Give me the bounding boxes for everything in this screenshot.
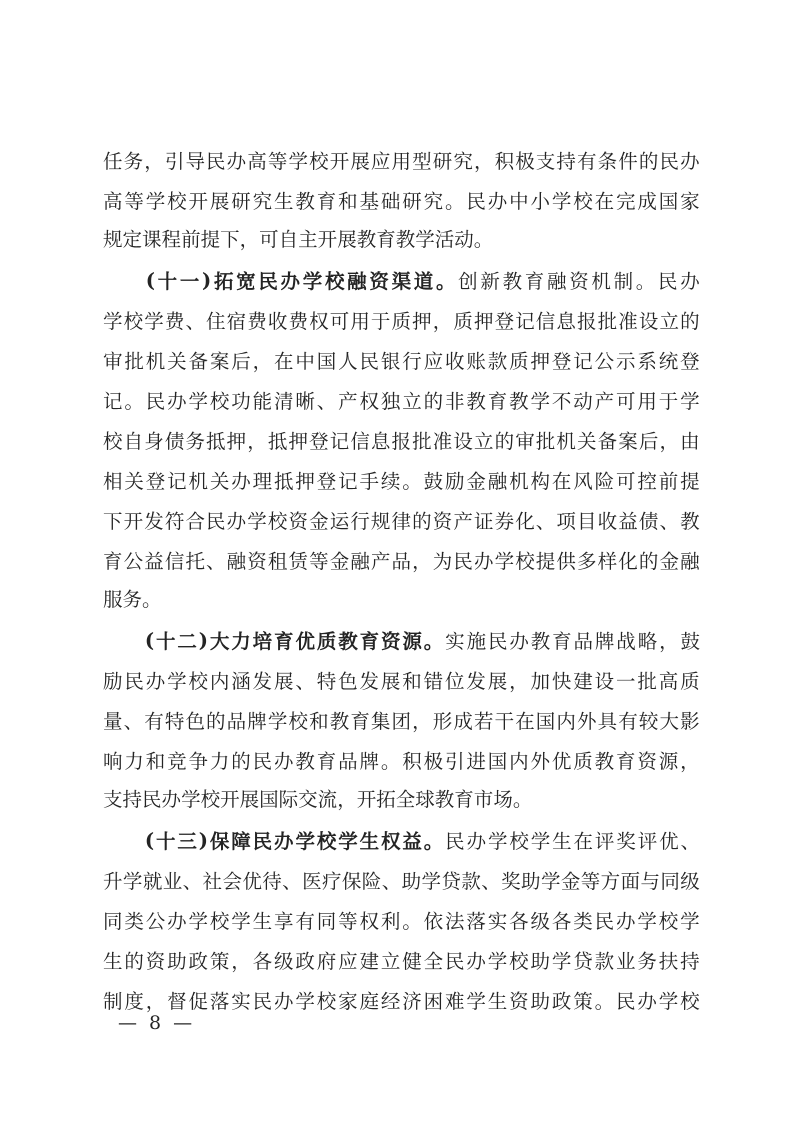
- body-char: 济: [402, 986, 422, 1014]
- body-char: 励: [103, 666, 123, 694]
- body-char: 一: [616, 666, 636, 694]
- body-char: 育: [317, 746, 337, 774]
- body-char: 办: [466, 946, 486, 974]
- body-char: 融: [227, 546, 247, 574]
- body-char: 融: [547, 266, 567, 294]
- body-char: 落: [466, 906, 486, 934]
- body-char: 活: [435, 220, 455, 260]
- body-char: 信: [536, 306, 556, 334]
- body-char: 民: [360, 346, 380, 374]
- body-char: 育: [350, 706, 370, 734]
- body-char: 办: [474, 546, 494, 574]
- section-heading-char: 民: [258, 266, 278, 294]
- body-char: 学: [247, 506, 267, 534]
- body-char: 育: [454, 780, 474, 820]
- body-char: 的: [639, 546, 659, 574]
- body-char: 生: [103, 946, 123, 974]
- body-char: 办: [227, 146, 247, 174]
- paragraph-indent: [103, 280, 143, 281]
- body-char: 各: [509, 906, 529, 934]
- body-char: 化: [515, 506, 535, 534]
- body-char: 民: [616, 986, 636, 1014]
- body-char: 后: [639, 426, 659, 454]
- body-char: 机: [146, 346, 166, 374]
- body-char: 色: [185, 706, 205, 734]
- body-char: 发: [360, 666, 380, 694]
- body-char: 集: [371, 706, 391, 734]
- text-line: 学校学费、住宿费收费权可用于质押，质押登记信息报批准设立的: [103, 300, 700, 340]
- body-char: 样: [598, 546, 618, 574]
- body-char: 持: [123, 780, 143, 820]
- body-char: 可: [616, 386, 636, 414]
- body-char: 。: [474, 220, 494, 260]
- body-char: 。: [595, 986, 615, 1014]
- body-char: 不: [552, 386, 572, 414]
- body-char: 学: [659, 986, 679, 1014]
- text-line: 生的资助政策，各级政府应建立健全民办学校助学贷款业务扶持: [103, 940, 700, 980]
- body-char: 国: [659, 186, 679, 214]
- body-char: 极: [424, 746, 444, 774]
- body-char: 抵: [268, 426, 288, 454]
- body-char: 成: [453, 706, 473, 734]
- body-char: 有: [144, 706, 164, 734]
- section-heading-char: 育: [360, 626, 380, 654]
- body-char: 融: [488, 466, 508, 494]
- section-heading-char: 拓: [214, 266, 234, 294]
- body-char: 各: [253, 946, 273, 974]
- body-char: 育: [525, 266, 545, 294]
- body-char: 际: [279, 780, 299, 820]
- text-line: 高等学校开展研究生教育和基础研究。民办中小学校在完成国家: [103, 180, 700, 220]
- body-char: 机: [591, 266, 611, 294]
- body-char: 批: [637, 666, 657, 694]
- body-char: 涵: [231, 666, 251, 694]
- body-char: 教: [531, 626, 551, 654]
- body-char: 服: [103, 580, 123, 620]
- body-char: 施: [467, 626, 487, 654]
- body-char: 影: [680, 706, 700, 734]
- body-char: 校: [680, 986, 700, 1014]
- body-char: ，: [247, 426, 267, 454]
- body-char: 下: [103, 506, 123, 534]
- body-char: 续: [381, 466, 401, 494]
- body-char: 助: [521, 866, 541, 894]
- body-char: 展: [210, 186, 230, 214]
- section-heading-char: 道: [414, 266, 434, 294]
- body-char: 贷: [441, 866, 461, 894]
- body-char: 备: [598, 426, 618, 454]
- body-char: 质: [573, 746, 593, 774]
- section-heading-char: 宽: [236, 266, 256, 294]
- body-char: 款: [461, 866, 481, 894]
- body-char: 记: [515, 306, 535, 334]
- body-char: 民: [253, 986, 273, 1014]
- body-char: 校: [201, 780, 221, 820]
- body-char: 清: [274, 386, 294, 414]
- body-char: 收: [598, 506, 618, 534]
- body-char: 学: [422, 866, 442, 894]
- body-char: 、: [185, 306, 205, 334]
- section-heading-char: 民: [253, 826, 273, 854]
- body-char: 和: [309, 706, 329, 734]
- body-char: 究: [424, 186, 444, 214]
- body-char: 教: [595, 746, 615, 774]
- body-char: 校: [509, 946, 529, 974]
- body-char: 新: [480, 266, 500, 294]
- body-char: 开: [189, 186, 209, 214]
- body-char: 教: [509, 386, 529, 414]
- body-char: 动: [454, 220, 474, 260]
- body-char: 升: [103, 866, 123, 894]
- body-char: 统: [659, 346, 679, 374]
- body-char: 押: [227, 426, 247, 454]
- body-char: 人: [338, 346, 358, 374]
- section-heading-char: 十: [156, 826, 176, 854]
- body-char: 特: [317, 666, 337, 694]
- body-char: 备: [189, 346, 209, 374]
- body-char: 记: [573, 346, 593, 374]
- body-char: 类: [573, 906, 593, 934]
- text-line: 服务。: [103, 580, 700, 620]
- section-heading-char: 办: [281, 266, 301, 294]
- body-char: 教: [295, 746, 315, 774]
- body-char: 公: [124, 546, 144, 574]
- body-char: 前: [181, 220, 201, 260]
- body-char: 础: [381, 186, 401, 214]
- body-char: 民: [466, 186, 486, 214]
- body-char: 鼓: [680, 626, 700, 654]
- body-char: 信: [350, 426, 370, 454]
- section-heading-char: (: [145, 629, 154, 652]
- body-char: 风: [573, 466, 593, 494]
- body-char: 方: [601, 866, 621, 894]
- body-char: 的: [639, 146, 659, 174]
- section-heading-char: 教: [338, 626, 358, 654]
- body-char: 可: [330, 306, 350, 334]
- body-char: 登: [309, 426, 329, 454]
- body-char: 开: [330, 146, 350, 174]
- body-char: 、: [659, 506, 679, 534]
- body-char: 关: [577, 426, 597, 454]
- body-char: 育: [317, 186, 337, 214]
- body-char: 关: [167, 346, 187, 374]
- body-char: 。: [381, 746, 401, 774]
- body-char: 机: [189, 466, 209, 494]
- body-char: 公: [595, 346, 615, 374]
- body-char: 优: [659, 826, 679, 854]
- body-char: 信: [165, 546, 185, 574]
- body-char: 励: [445, 466, 465, 494]
- body-char: 办: [274, 986, 294, 1014]
- body-char: 关: [124, 466, 144, 494]
- body-char: 全: [424, 946, 444, 974]
- body-char: 府: [317, 946, 337, 974]
- body-char: 提: [536, 546, 556, 574]
- body-char: 可: [259, 220, 279, 260]
- body-char: 校: [210, 386, 230, 414]
- body-char: 展: [240, 780, 260, 820]
- body-char: 策: [573, 986, 593, 1014]
- body-char: 多: [577, 546, 597, 574]
- body-char: 、: [317, 386, 337, 414]
- body-char: 券: [495, 506, 515, 534]
- body-char: ，: [659, 626, 679, 654]
- body-char: 会: [222, 866, 242, 894]
- body-char: 记: [167, 466, 187, 494]
- body-char: 程: [162, 220, 182, 260]
- body-char: 形: [433, 706, 453, 734]
- body-char: 实: [231, 986, 251, 1014]
- body-char: 校: [167, 186, 187, 214]
- body-char: 学: [680, 386, 700, 414]
- body-char: 立: [381, 946, 401, 974]
- body-char: 法: [445, 906, 465, 934]
- body-char: 业: [163, 866, 183, 894]
- body-char: 国: [259, 780, 279, 820]
- body-char: 公: [146, 906, 166, 934]
- body-char: 团: [392, 706, 412, 734]
- body-char: 校: [317, 986, 337, 1014]
- body-char: 于: [371, 306, 391, 334]
- body-char: 务: [124, 146, 144, 174]
- body-char: 学: [466, 986, 486, 1014]
- section-heading-char: ): [202, 269, 211, 292]
- paragraph-first-line: (十一)拓宽民办学校融资渠道。创新教育融资机制。民办: [103, 260, 700, 300]
- body-char: 学: [552, 946, 572, 974]
- body-char: 干: [495, 706, 515, 734]
- section-heading-char: 。: [436, 266, 456, 294]
- body-char: 理: [253, 466, 273, 494]
- body-char: 成: [637, 186, 657, 214]
- body-char: 。: [445, 186, 465, 214]
- body-char: 生: [274, 186, 294, 214]
- paragraph-indent: [103, 640, 143, 641]
- body-char: 政: [189, 946, 209, 974]
- section-heading-char: 校: [325, 266, 345, 294]
- body-char: 符: [165, 506, 185, 534]
- body-char: 运: [330, 506, 350, 534]
- body-char: 办: [274, 746, 294, 774]
- body-char: 。: [636, 266, 656, 294]
- body-char: 助: [531, 986, 551, 1014]
- body-char: 办: [467, 826, 487, 854]
- body-char: ，: [474, 146, 494, 174]
- body-char: 依: [424, 906, 444, 934]
- body-char: 导: [185, 146, 205, 174]
- body-char: 校: [210, 906, 230, 934]
- body-char: 的: [124, 946, 144, 974]
- body-char: 收: [268, 306, 288, 334]
- body-char: 在: [595, 186, 615, 214]
- body-char: 办: [146, 666, 166, 694]
- body-char: 定: [123, 220, 143, 260]
- body-char: 型: [412, 146, 432, 174]
- body-char: 教: [357, 220, 377, 260]
- document-page: 任务，引导民办高等学校开展应用型研究，积极支持有条件的民办高等学校开展研究生教育…: [0, 0, 800, 1132]
- body-char: 高: [103, 186, 123, 214]
- body-char: 外: [531, 746, 551, 774]
- body-char: 用: [350, 306, 370, 334]
- body-char: 质: [453, 306, 473, 334]
- body-char: 小: [531, 186, 551, 214]
- body-char: 金: [309, 506, 329, 534]
- body-char: 的: [206, 706, 226, 734]
- body-char: 医: [302, 866, 322, 894]
- body-char: 提: [201, 220, 221, 260]
- section-heading-char: 资: [369, 266, 389, 294]
- body-char: 主: [298, 220, 318, 260]
- body-char: 校: [309, 146, 329, 174]
- body-char: 质: [392, 306, 412, 334]
- text-line: 任务，引导民办高等学校开展应用型研究，积极支持有条件的民办: [103, 140, 700, 180]
- section-heading-char: 益: [402, 826, 422, 854]
- body-char: 学: [288, 146, 308, 174]
- body-char: 批: [536, 426, 556, 454]
- body-char: 国: [536, 706, 556, 734]
- document-body: 任务，引导民办高等学校开展应用型研究，积极支持有条件的民办高等学校开展研究生教育…: [103, 140, 700, 1020]
- body-char: 学: [144, 306, 164, 334]
- body-char: 用: [637, 386, 657, 414]
- body-char: 债: [639, 506, 659, 534]
- body-char: 究: [453, 146, 473, 174]
- body-char: 证: [474, 506, 494, 534]
- body-char: ，: [240, 220, 260, 260]
- section-heading-char: 十: [156, 626, 176, 654]
- body-char: 教: [503, 266, 523, 294]
- body-char: 动: [573, 386, 593, 414]
- body-char: 社: [203, 866, 223, 894]
- body-char: 权: [309, 306, 329, 334]
- body-char: 民: [206, 146, 226, 174]
- body-char: 积: [402, 746, 422, 774]
- body-char: 务: [637, 946, 657, 974]
- body-char: 品: [227, 706, 247, 734]
- section-heading-char: 力: [231, 626, 251, 654]
- body-char: 住: [206, 306, 226, 334]
- body-char: 批: [412, 426, 432, 454]
- body-char: 设: [639, 306, 659, 334]
- body-char: 资: [569, 266, 589, 294]
- body-char: 生: [552, 826, 572, 854]
- body-char: 展: [337, 220, 357, 260]
- body-char: 资: [433, 506, 453, 534]
- body-char: 展: [381, 666, 401, 694]
- body-char: 展: [274, 666, 294, 694]
- section-heading-char: 源: [402, 626, 422, 654]
- body-char: 合: [185, 506, 205, 534]
- body-char: 收: [445, 346, 465, 374]
- body-char: 研: [231, 186, 251, 214]
- body-char: 化: [618, 546, 638, 574]
- body-char: 应: [371, 146, 391, 174]
- body-char: 债: [165, 426, 185, 454]
- body-char: 育: [616, 746, 636, 774]
- body-char: 与: [640, 866, 660, 894]
- body-char: 等: [268, 146, 288, 174]
- body-char: 奖: [616, 826, 636, 854]
- body-char: 学: [541, 866, 561, 894]
- body-char: 民: [206, 506, 226, 534]
- body-char: 产: [371, 546, 391, 574]
- body-char: 民: [142, 780, 162, 820]
- body-char: 特: [165, 706, 185, 734]
- body-char: 学: [495, 546, 515, 574]
- body-char: 民: [146, 386, 166, 414]
- body-char: 位: [445, 666, 465, 694]
- section-heading-char: 质: [317, 626, 337, 654]
- body-char: 有: [577, 146, 597, 174]
- body-char: 行: [350, 506, 370, 534]
- body-char: 球: [415, 780, 435, 820]
- body-char: 审: [515, 426, 535, 454]
- body-char: 校: [288, 706, 308, 734]
- body-char: 制: [103, 986, 123, 1014]
- body-char: 校: [268, 506, 288, 534]
- body-char: 押: [474, 306, 494, 334]
- body-char: 场: [493, 780, 513, 820]
- body-char: 资: [509, 986, 529, 1014]
- body-char: 争: [189, 746, 209, 774]
- body-char: 办: [509, 626, 529, 654]
- body-char: 立: [474, 426, 494, 454]
- text-line: 下开发符合民办学校资金运行规律的资产证券化、项目收益债、教: [103, 500, 700, 540]
- body-char: 发: [253, 666, 273, 694]
- body-char: 审: [103, 346, 123, 374]
- body-char: 能: [253, 386, 273, 414]
- section-heading-char: 三: [177, 826, 197, 854]
- text-line: 同类公办学校学生享有同等权利。依法落实各级各类民办学校学: [103, 900, 700, 940]
- body-char: 身: [144, 426, 164, 454]
- body-char: 色: [338, 666, 358, 694]
- body-char: 办: [162, 780, 182, 820]
- body-char: 托: [185, 546, 205, 574]
- body-char: 教: [396, 220, 416, 260]
- body-char: 各: [552, 906, 572, 934]
- page-number: — 8 —: [118, 1012, 195, 1034]
- section-heading-char: 大: [210, 626, 230, 654]
- body-char: 相: [103, 466, 123, 494]
- body-char: 优: [552, 746, 572, 774]
- body-char: ，: [253, 346, 273, 374]
- text-line: 升学就业、社会优待、医疗保险、助学贷款、奖助学金等方面与同级: [103, 860, 700, 900]
- body-char: 设: [595, 666, 615, 694]
- body-char: 研: [433, 146, 453, 174]
- body-char: 开: [220, 780, 240, 820]
- body-char: 学: [189, 386, 209, 414]
- body-char: 、: [481, 866, 501, 894]
- body-char: 级: [680, 866, 700, 894]
- section-heading-char: 一: [180, 266, 200, 294]
- body-char: 生: [488, 986, 508, 1014]
- body-char: 记: [338, 466, 358, 494]
- body-char: 在: [574, 826, 594, 854]
- body-char: 持: [680, 946, 700, 974]
- body-char: 建: [573, 666, 593, 694]
- section-heading-char: 学: [338, 826, 358, 854]
- body-char: 策: [210, 946, 230, 974]
- body-char: 资: [146, 946, 166, 974]
- body-char: 质: [509, 346, 529, 374]
- body-char: 持: [556, 146, 576, 174]
- body-char: 资: [247, 546, 267, 574]
- body-char: 内: [210, 666, 230, 694]
- body-char: 大: [659, 706, 679, 734]
- body-char: 资: [288, 506, 308, 534]
- section-heading-char: (: [146, 269, 155, 292]
- body-char: 案: [210, 346, 230, 374]
- text-line: 励民办学校内涵发展、特色发展和错位发展，加快建设一批高质: [103, 660, 700, 700]
- body-char: 政: [552, 986, 572, 1014]
